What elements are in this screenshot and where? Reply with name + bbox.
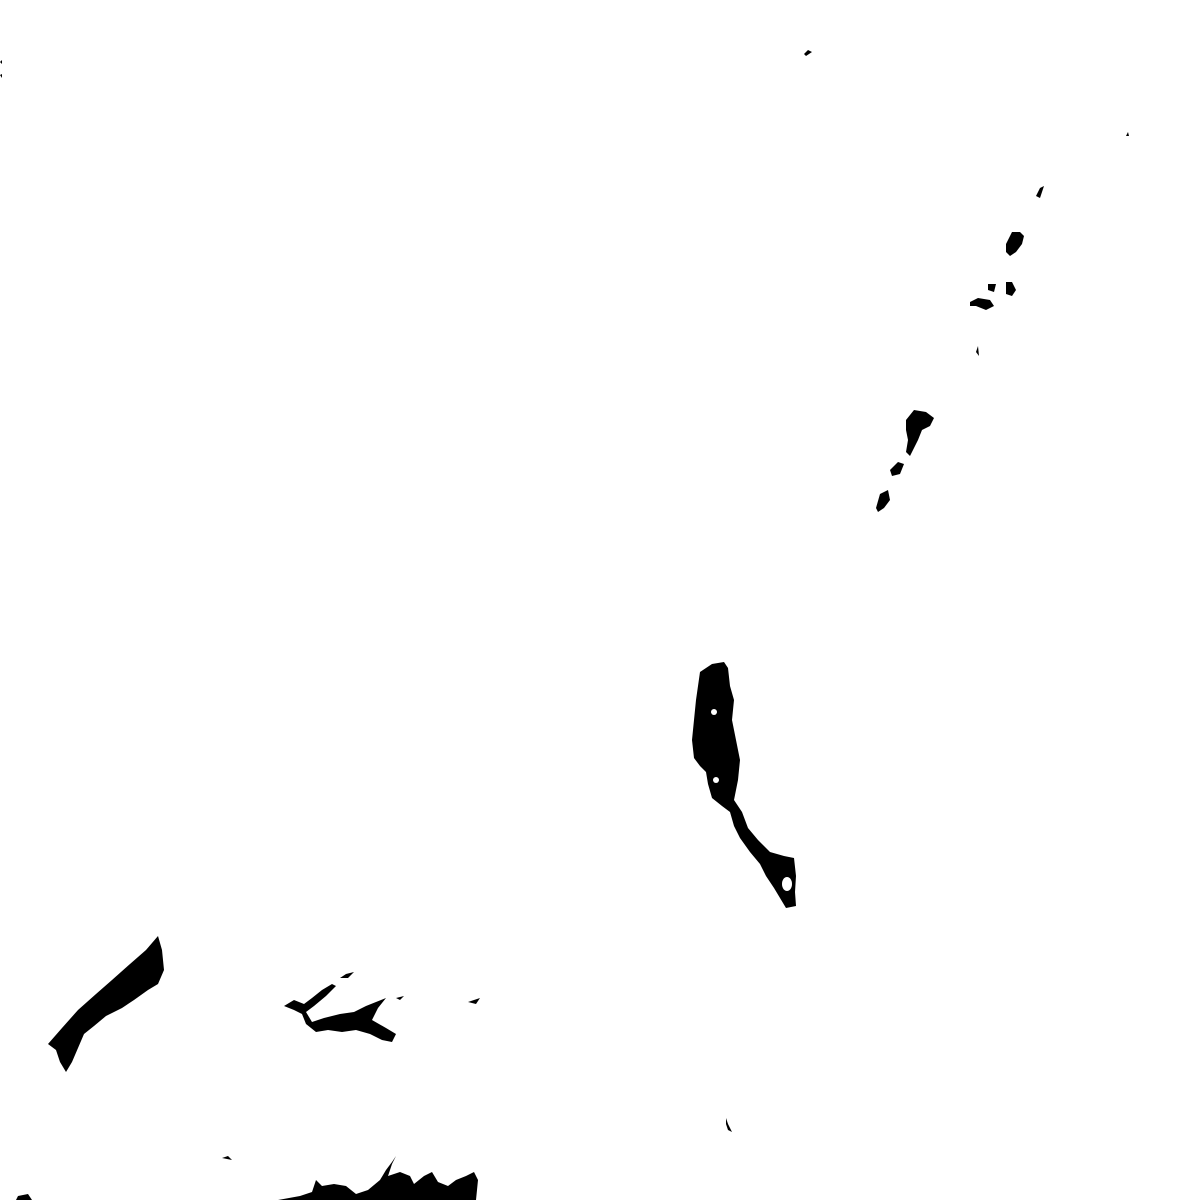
map-canvas — [0, 0, 1200, 1200]
